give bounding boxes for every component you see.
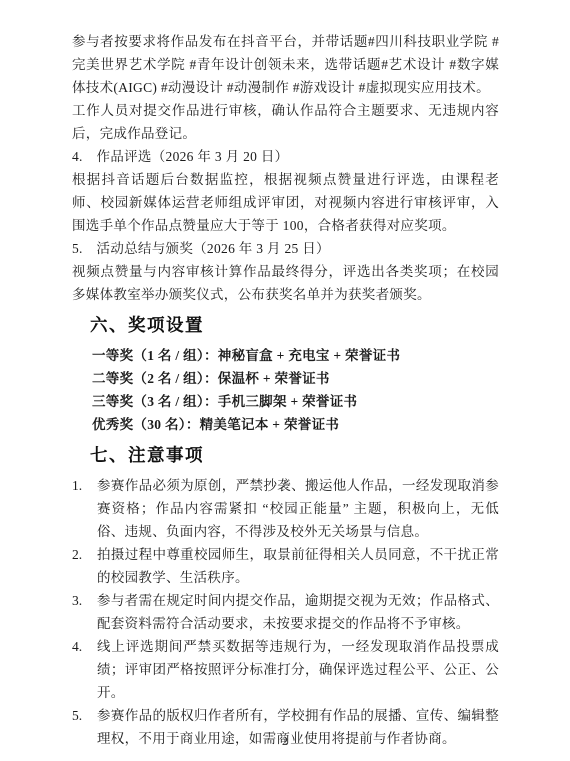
note-number: 2.: [72, 543, 97, 589]
intro-paragraph-1: 参与者按要求将作品发布在抖音平台，并带话题#四川科技职业学院 #完美世界艺术学院…: [72, 30, 499, 99]
award-second-prize: 二等奖（2 名 / 组）：保温杯 + 荣誉证书: [92, 367, 499, 390]
schedule-item-5-title: 5. 活动总结与颁奖（2026 年 3 月 25 日）: [72, 237, 499, 260]
award-third-prize: 三等奖（3 名 / 组）：手机三脚架 + 荣誉证书: [92, 390, 499, 413]
note-text: 参赛作品必须为原创，严禁抄袭、搬运他人作品，一经发现取消参赛资格；作品内容需紧扣…: [97, 474, 499, 543]
intro-paragraph-2: 工作人员对提交作品进行审核，确认作品符合主题要求、无违规内容后，完成作品登记。: [72, 99, 499, 145]
note-number: 4.: [72, 635, 97, 704]
note-number: 3.: [72, 589, 97, 635]
page-number: 2: [0, 734, 570, 749]
schedule-item-5-body: 视频点赞量与内容审核计算作品最终得分，评选出各类奖项；在校园多媒体教室举办颁奖仪…: [72, 260, 499, 306]
section-heading-awards: 六、奖项设置: [90, 312, 499, 338]
page-body: 参与者按要求将作品发布在抖音平台，并带话题#四川科技职业学院 #完美世界艺术学院…: [72, 30, 499, 750]
document-page: 参与者按要求将作品发布在抖音平台，并带话题#四川科技职业学院 #完美世界艺术学院…: [0, 0, 570, 761]
section-heading-notes: 七、注意事项: [90, 442, 499, 468]
note-text: 拍摄过程中尊重校园师生，取景前征得相关人员同意，不干扰正常的校园教学、生活秩序。: [97, 543, 499, 589]
award-first-prize: 一等奖（1 名 / 组）：神秘盲盒 + 充电宝 + 荣誉证书: [92, 344, 499, 367]
award-excellence-prize: 优秀奖（30 名）：精美笔记本 + 荣誉证书: [92, 413, 499, 436]
note-item-1: 1. 参赛作品必须为原创，严禁抄袭、搬运他人作品，一经发现取消参赛资格；作品内容…: [72, 474, 499, 543]
note-item-3: 3. 参与者需在规定时间内提交作品，逾期提交视为无效；作品格式、配套资料需符合活…: [72, 589, 499, 635]
note-item-2: 2. 拍摄过程中尊重校园师生，取景前征得相关人员同意，不干扰正常的校园教学、生活…: [72, 543, 499, 589]
note-number: 1.: [72, 474, 97, 543]
note-text: 参与者需在规定时间内提交作品，逾期提交视为无效；作品格式、配套资料需符合活动要求…: [97, 589, 499, 635]
schedule-item-4-body: 根据抖音话题后台数据监控，根据视频点赞量进行评选，由课程老师、校园新媒体运营老师…: [72, 168, 499, 237]
note-item-4: 4. 线上评选期间严禁买数据等违规行为，一经发现取消作品投票成绩；评审团严格按照…: [72, 635, 499, 704]
schedule-item-4-title: 4. 作品评选（2026 年 3 月 20 日）: [72, 145, 499, 168]
note-text: 线上评选期间严禁买数据等违规行为，一经发现取消作品投票成绩；评审团严格按照评分标…: [97, 635, 499, 704]
